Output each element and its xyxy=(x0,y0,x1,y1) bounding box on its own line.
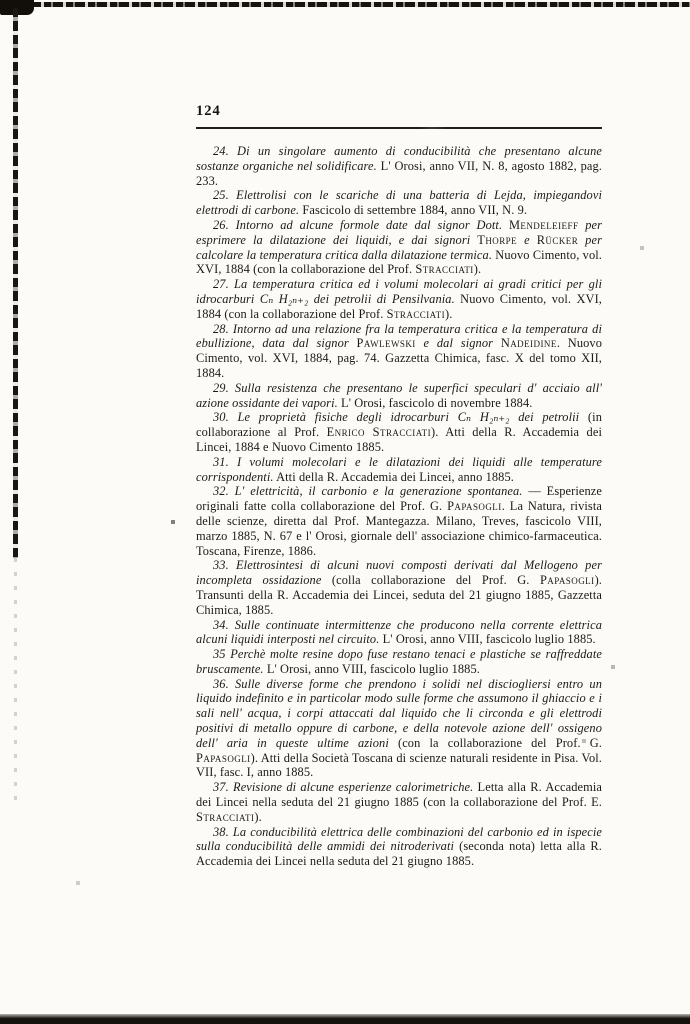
bibliography-entry: 24. Di un singolare aumento di conducibi… xyxy=(196,144,602,188)
entry-segment-italic: e xyxy=(517,233,537,247)
entry-segment-smallcaps: Nadeidine xyxy=(501,336,557,350)
entry-segment-smallcaps: Stracciati xyxy=(415,262,473,276)
entry-segment-italic: 32. L' elettricità, il carbonio e la gen… xyxy=(213,484,522,498)
bibliography-entry: 30. Le proprietà fisiche degli idrocarbu… xyxy=(196,410,602,454)
entry-segment-smallcaps: Stracciati xyxy=(387,307,445,321)
entries: 24. Di un singolare aumento di conducibi… xyxy=(196,144,602,869)
scan-artifact-left-edge-faint xyxy=(14,558,17,808)
header-rule xyxy=(196,127,602,129)
entry-segment-smallcaps: Enrico Stracciati xyxy=(327,425,431,439)
bibliography-entry: 28. Intorno ad una relazione fra la temp… xyxy=(196,322,602,381)
bibliography-entry: 27. La temperatura critica ed i volumi m… xyxy=(196,277,602,321)
scan-artifact-top-edge xyxy=(0,2,690,7)
scan-artifact-bottom-edge xyxy=(0,1014,690,1024)
entry-segment-italic: 30. Le proprietà fisiche degli idrocarbu… xyxy=(213,410,588,424)
entry-segment-smallcaps: Papasogli xyxy=(540,573,595,587)
bibliography-entry: 37. Revisione di alcune esperienze calor… xyxy=(196,780,602,824)
entry-segment-smallcaps: Stracciati xyxy=(196,810,254,824)
bibliography-entry: 34. Sulle continuate intermittenze che p… xyxy=(196,618,602,648)
entry-segment-smallcaps: Papasogli xyxy=(447,499,502,513)
scan-artifact-left-edge xyxy=(13,8,18,558)
entry-segment-italic: 37. Revisione di alcune esperienze calor… xyxy=(213,780,473,794)
entry-segment-roman: (con la collaborazione del Prof. G. xyxy=(398,736,602,750)
entry-segment-roman: ). xyxy=(445,307,452,321)
bibliography-entry: 38. La conducibilità elettrica delle com… xyxy=(196,825,602,869)
entry-segment-italic: e dal signor xyxy=(416,336,501,350)
bibliography-entry: 36. Sulle diverse forme che prendono i s… xyxy=(196,677,602,781)
entry-segment-smallcaps: Pawlewski xyxy=(357,336,416,350)
bibliography-entry: 35 Perchè molte resine dopo fuse restano… xyxy=(196,647,602,677)
entry-segment-roman: L' Orosi, anno VIII, fascicolo luglio 18… xyxy=(264,662,480,676)
entry-segment-roman: Fascicolo di settembre 1884, anno VII, N… xyxy=(299,203,527,217)
text-block: 124 24. Di un singolare aumento di condu… xyxy=(196,103,602,869)
entry-segment-roman: (colla collaborazione del Prof. G. xyxy=(332,573,540,587)
entry-segment-roman: L' Orosi, anno VIII, fascicolo luglio 18… xyxy=(379,632,595,646)
bibliography-entry: 29. Sulla resistenza che presentano le s… xyxy=(196,381,602,411)
entry-segment-roman: L' Orosi, fascicolo di novembre 1884. xyxy=(338,396,533,410)
entry-segment-roman: ). xyxy=(254,810,261,824)
page-number: 124 xyxy=(196,103,602,120)
bibliography-entry: 25. Elettrolisi con le scariche di una b… xyxy=(196,188,602,218)
bibliography-entry: 33. Elettrosintesi di alcuni nuovi compo… xyxy=(196,558,602,617)
entry-segment-smallcaps: Rücker xyxy=(537,233,578,247)
bibliography-entry: 26. Intorno ad alcune formole date dal s… xyxy=(196,218,602,277)
entry-segment-roman: Atti della R. Accademia dei Lincei, anno… xyxy=(274,470,514,484)
entry-segment-italic: 26. Intorno ad alcune formole date dal s… xyxy=(213,218,509,232)
entry-segment-roman: ). xyxy=(474,262,481,276)
bibliography-entry: 31. I volumi molecolari e le dilatazioni… xyxy=(196,455,602,485)
entry-segment-smallcaps: Mendeleieff xyxy=(509,218,578,232)
bibliography-entry: 32. L' elettricità, il carbonio e la gen… xyxy=(196,484,602,558)
entry-segment-smallcaps: Thorpe xyxy=(477,233,517,247)
scan-artifact-specks xyxy=(0,0,2,2)
scanned-page: 124 24. Di un singolare aumento di condu… xyxy=(0,0,690,1024)
entry-segment-roman: ). Atti della Società Toscana di scienze… xyxy=(196,751,602,780)
entry-segment-smallcaps: Papasogli xyxy=(196,751,251,765)
